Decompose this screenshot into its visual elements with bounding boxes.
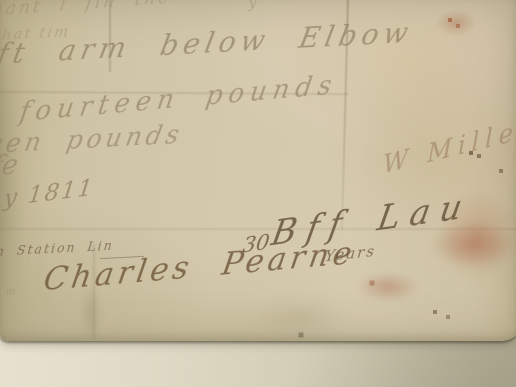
fold-crease-horizontal-lower bbox=[0, 228, 516, 230]
handwriting-fe-fragment: fe bbox=[0, 149, 20, 183]
handwriting-faint-line-1: hant l fin the bbox=[0, 0, 173, 20]
handwriting-station-underline bbox=[100, 256, 144, 259]
damp-stain-middle bbox=[330, 70, 510, 220]
red-speck-stain-top bbox=[436, 10, 476, 36]
red-ink-stain-right bbox=[438, 190, 516, 280]
dark-stain-left-edge bbox=[0, 30, 20, 340]
green-stain-bottom-left bbox=[80, 286, 102, 340]
red-ink-stain-signature bbox=[430, 222, 516, 268]
handwriting-seven-pounds: ven pounds bbox=[0, 120, 186, 160]
handwriting-arm-below-elbow: ift arm below Elbow bbox=[0, 15, 416, 71]
fold-crease-vertical-lower bbox=[93, 244, 95, 340]
red-ink-stain-below-years bbox=[356, 272, 420, 302]
pink-tint-top-right bbox=[420, 0, 516, 120]
stain-bottom-center bbox=[250, 298, 346, 340]
signature-large: Bff Lau bbox=[268, 185, 475, 254]
fold-crease-vertical-main bbox=[341, 0, 349, 230]
handwriting-top-mark: y bbox=[248, 0, 258, 12]
handwriting-fourteen-pounds: fourteen pounds bbox=[18, 70, 340, 128]
handwriting-station-line: n Station Lin bbox=[0, 238, 115, 259]
handwriting-age-unit: Years bbox=[324, 241, 377, 265]
signature-right-edge: W Mille bbox=[383, 116, 516, 180]
manuscript-photo: hant l fin the that tim y ift arm below … bbox=[0, 0, 516, 387]
fold-crease-vertical-left bbox=[109, 0, 111, 72]
ink-specks bbox=[0, 0, 2, 2]
fold-crease-horizontal-upper bbox=[0, 91, 348, 95]
handwriting-pre-name-mark: m bbox=[6, 287, 16, 298]
handwriting-name-charles-pearne: Charles Pearne bbox=[41, 234, 358, 298]
handwriting-age-value: 30 bbox=[241, 229, 271, 257]
parchment-sheet: hant l fin the that tim y ift arm below … bbox=[0, 0, 516, 341]
damp-stain-top-right bbox=[285, 0, 516, 130]
handwriting-faint-line-2: that tim bbox=[0, 22, 72, 44]
handwriting-date-1811: y 1811 bbox=[2, 175, 95, 213]
